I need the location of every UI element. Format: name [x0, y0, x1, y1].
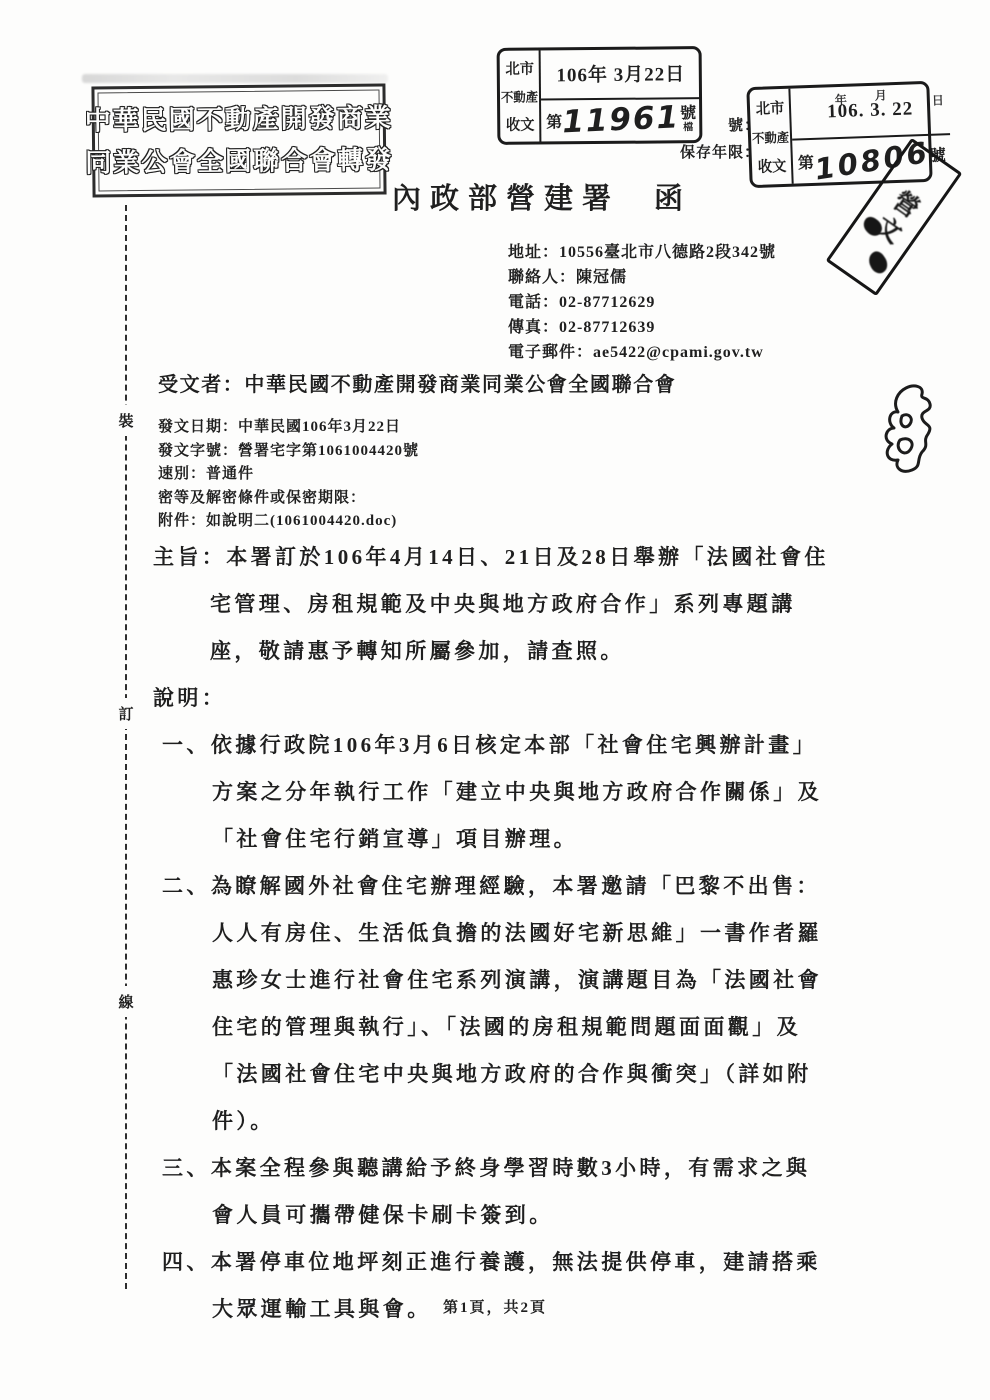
explanation-item-1: 一、依據行政院106年3月6日核定本部「社會住宅興辦計畫」方案之分年執行工作「建…: [162, 722, 826, 863]
issue-number: 發文字號：營署宅字第1061004420號: [158, 440, 419, 464]
seal-ink-blob: [865, 249, 892, 277]
subject-text: 本署訂於106年4月14日、21日及28日舉辦「法國社會住宅管理、房租規範及中央…: [210, 545, 829, 663]
item-text: 本案全程參與聽講給予終身學習時數3小時，有需求之與會人員可攜帶健保卡刷卡簽到。: [211, 1156, 811, 1227]
issuing-agency: 內政部營建署: [392, 183, 620, 215]
explanation-item-3: 三、本案全程參與聽講給予終身學習時數3小時，有需求之與會人員可攜帶健保卡刷卡簽到…: [162, 1145, 826, 1239]
item-number: 三、: [162, 1156, 211, 1180]
file-labels: 號： 保存年限：: [612, 113, 760, 167]
item-number: 二、: [162, 874, 211, 898]
receipt-stamp-right-org: 北市 不動產 收文: [749, 89, 793, 185]
letter-body: 主旨：本署訂於106年4月14日、21日及28日舉辦「法國社會住宅管理、房租規範…: [153, 534, 883, 1333]
forward-stamp-line1: 中華民國不動產開發商業: [85, 97, 393, 142]
org-line: 收文: [757, 155, 786, 177]
org-line: 北市: [755, 97, 784, 119]
receipt-date: 106年 3月22日: [541, 49, 701, 100]
sender-contact-block: 地址：10556臺北市八德路2段342號 聯絡人：陳冠儒 電話：02-87712…: [508, 240, 776, 365]
issue-date: 發文日期：中華民國106年3月22日: [158, 416, 419, 440]
item-number: 一、: [162, 733, 211, 757]
forward-stamp-line2: 同業公會全國聯合會轉發: [85, 139, 393, 184]
scan-artifact: [876, 382, 948, 476]
sender-phone: 電話：02-87712629: [508, 290, 776, 315]
item-text: 為瞭解國外社會住宅辦理經驗，本署邀請「巴黎不出售：人人有房住、生活低負擔的法國好…: [211, 874, 822, 1133]
item-text: 依據行政院106年3月6日核定本部「社會住宅興辦計畫」方案之分年執行工作「建立中…: [211, 733, 822, 851]
file-number-label: 號：: [612, 113, 760, 140]
org-line: 北市: [505, 58, 534, 79]
binding-mark-ding: 訂: [112, 698, 140, 729]
priority: 速別：普通件: [158, 463, 419, 487]
scanned-letter-page: 中華民國不動產開發商業 同業公會全國聯合會轉發 北市 不動產 收文 106年 3…: [0, 0, 990, 1400]
sender-fax: 傳真：02-87712639: [508, 315, 776, 340]
binding-dashed-line: [125, 205, 127, 1289]
forward-stamp-inner-border: 中華民國不動產開發商業 同業公會全國聯合會轉發: [97, 90, 380, 192]
subject-paragraph: 主旨：本署訂於106年4月14日、21日及28日舉辦「法國社會住宅管理、房租規範…: [153, 534, 843, 675]
document-title: 內政部營建署函: [392, 176, 692, 217]
recipient-line: 受文者：中華民國不動產開發商業同業公會全國聯合會: [158, 368, 676, 397]
day-unit: 日: [932, 91, 946, 108]
meta-block: 發文日期：中華民國106年3月22日 發文字號：營署宅字第1061004420號…: [158, 416, 419, 534]
receipt-stamp-center-org: 北市 不動產 收文: [500, 51, 542, 142]
page-footer: 第1頁，共2頁: [0, 1296, 990, 1317]
explanation-item-4: 四、本署停車位地坪刻正進行養護，無法提供停車，建請搭乘大眾運輸工具與會。: [162, 1239, 826, 1333]
document-type: 函: [654, 183, 692, 215]
explanation-heading: 說明：: [153, 675, 883, 722]
forward-stamp: 中華民國不動產開發商業 同業公會全國聯合會轉發: [91, 83, 386, 197]
retention-label: 保存年限：: [612, 140, 760, 167]
classification: 密等及解密條件或保密期限：: [158, 487, 419, 511]
sender-address: 地址：10556臺北市八德路2段342號: [508, 240, 776, 265]
number-prefix: 第: [546, 109, 562, 132]
binding-mark-xian: 線: [112, 986, 140, 1017]
item-number: 四、: [162, 1250, 211, 1274]
sender-email: 電子郵件：ae5422@cpami.gov.tw: [508, 340, 776, 365]
receipt-date: 106. 3. 22 年 月 日: [790, 83, 950, 140]
sender-contact: 聯絡人：陳冠儒: [508, 265, 776, 290]
year-unit: 年: [834, 91, 848, 108]
month-unit: 月: [874, 86, 888, 103]
org-line: 收文: [505, 114, 534, 135]
attachment: 附件：如說明二(1061004420.doc): [158, 510, 419, 534]
subject-label: 主旨：: [153, 545, 226, 569]
org-line: 不動產: [752, 127, 790, 147]
scan-smudge: [82, 74, 388, 83]
binding-mark-zhuang: 裝: [112, 405, 140, 436]
explanation-item-2: 二、為瞭解國外社會住宅辦理經驗，本署邀請「巴黎不出售：人人有房住、生活低負擔的法…: [162, 863, 826, 1145]
org-line: 不動產: [501, 87, 538, 106]
